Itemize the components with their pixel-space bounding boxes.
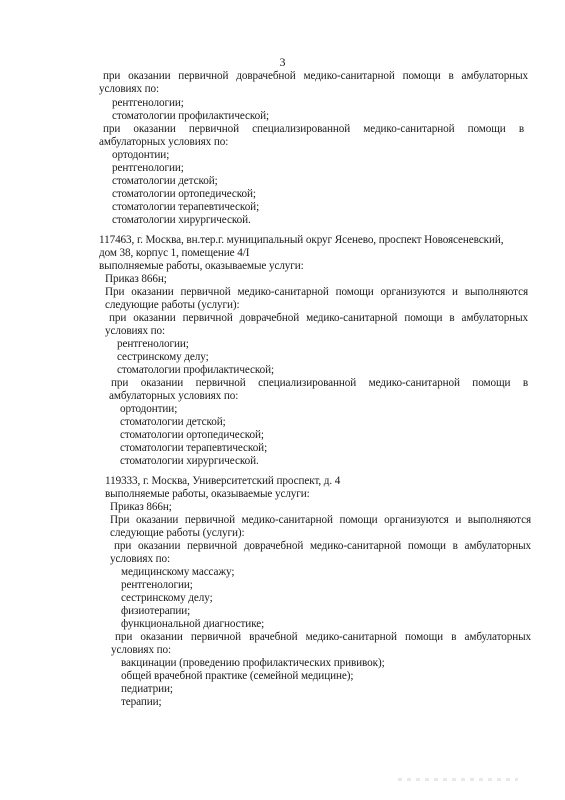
text-line: Приказ 866н; (105, 273, 167, 286)
text-line: следующие работы (услуги): (105, 299, 240, 312)
text-line: рентгенологии; (117, 338, 189, 351)
text-line: стоматологии профилактической; (117, 364, 274, 377)
document-page: 3 при оказании первичной доврачебной мед… (0, 0, 565, 800)
text-line: условиях по: (105, 325, 165, 338)
text-line: Приказ 866н; (110, 501, 172, 514)
text-line: условиях по: (111, 644, 171, 657)
text-line: общей врачебной практике (семейной медиц… (121, 670, 353, 683)
scan-artifact (398, 778, 518, 781)
text-line: сестринскому делу; (121, 592, 213, 605)
text-line: рентгенологии; (121, 579, 193, 592)
text-line: амбулаторных условиях по: (99, 136, 228, 149)
text-line: стоматологии детской; (120, 416, 226, 429)
text-line: медицинскому массажу; (121, 566, 234, 579)
text-line: стоматологии терапевтической; (112, 201, 259, 214)
text-line: При оказании первичной медико-санитарной… (110, 514, 531, 527)
text-line: рентгенологии; (112, 97, 184, 110)
text-line: сестринскому делу; (117, 351, 209, 364)
text-line: 117463, г. Москва, вн.тер.г. муниципальн… (99, 234, 503, 247)
text-line: При оказании первичной медико-санитарной… (105, 286, 528, 299)
text-line: условиях по: (110, 553, 170, 566)
text-line: стоматологии терапевтической; (120, 442, 267, 455)
text-line: при оказании первичной доврачебной медик… (109, 312, 528, 325)
text-line: при оказании первичной специализированно… (103, 123, 524, 136)
text-line: стоматологии ортопедической; (120, 429, 264, 442)
text-line: физиотерапии; (121, 605, 190, 618)
text-line: при оказании первичной доврачебной медик… (103, 70, 528, 83)
text-line: стоматологии детской; (112, 175, 218, 188)
page-number: 3 (0, 55, 565, 70)
text-line: при оказании первичной специализированно… (111, 377, 528, 390)
text-line: рентгенологии; (112, 162, 184, 175)
text-line: стоматологии хирургической. (112, 214, 251, 227)
text-line: ортодонтии; (120, 403, 177, 416)
text-line: функциональной диагностике; (121, 618, 264, 631)
text-line: выполняемые работы, оказываемые услуги: (99, 260, 304, 273)
text-line: дом 38, корпус 1, помещение 4/I (99, 247, 249, 260)
text-line: 119333, г. Москва, Университетский просп… (105, 475, 340, 488)
text-line: вакцинации (проведению профилактических … (121, 657, 385, 670)
text-line: амбулаторных условиях по: (109, 390, 238, 403)
text-line: при оказании первичной врачебной медико-… (115, 631, 531, 644)
text-line: ортодонтии; (112, 149, 169, 162)
text-line: стоматологии хирургической. (120, 455, 259, 468)
text-line: следующие работы (услуги): (110, 527, 245, 540)
text-line: условиях по: (99, 83, 159, 96)
text-line: выполняемые работы, оказываемые услуги: (105, 488, 310, 501)
text-line: стоматологии ортопедической; (112, 188, 256, 201)
text-line: стоматологии профилактической; (112, 110, 269, 123)
text-line: при оказании первичной доврачебной медик… (114, 540, 531, 553)
text-line: педиатрии; (121, 683, 173, 696)
text-line: терапии; (121, 696, 162, 709)
